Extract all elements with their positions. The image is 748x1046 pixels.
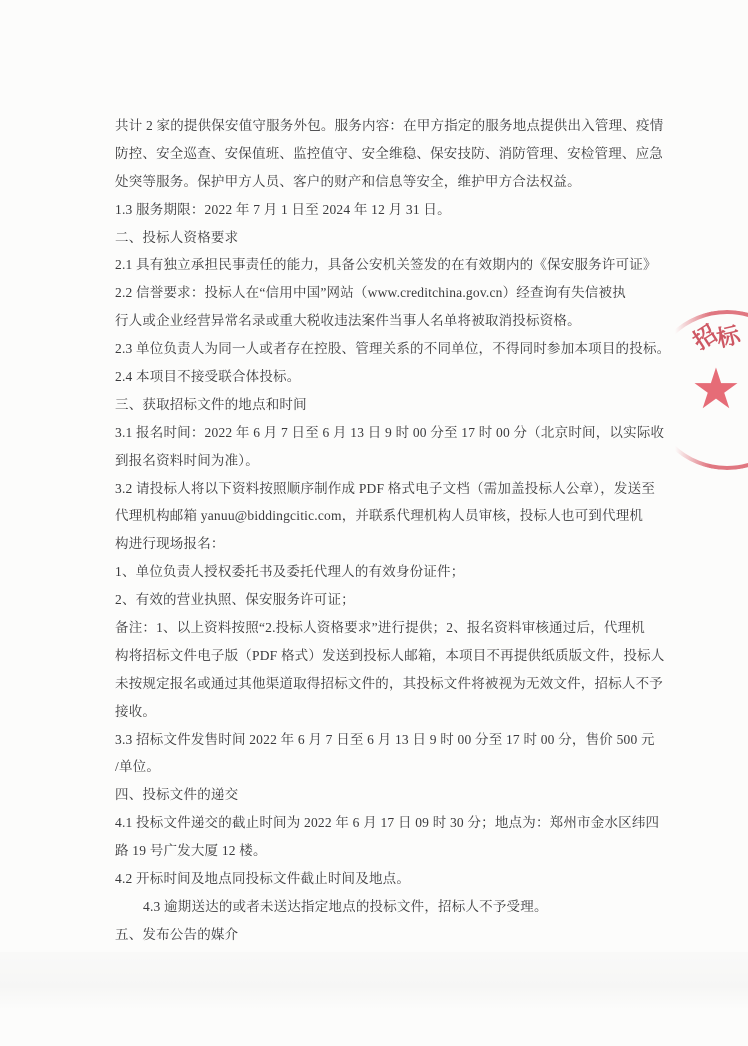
text-line: 防控、安全巡查、安保值班、监控值守、安全维稳、保安技防、消防管理、安检管理、应急 — [115, 140, 655, 168]
text-line: 二、投标人资格要求 — [115, 224, 655, 252]
text-line: 处突等服务。保护甲方人员、客户的财产和信息等安全，维护甲方合法权益。 — [115, 168, 655, 196]
scan-texture-band — [0, 952, 748, 1010]
text-line: 代理机构邮箱 yanuu@biddingcitic.com，并联系代理机构人员审… — [115, 502, 655, 530]
scanned-document-page: 共计 2 家的提供保安值守服务外包。服务内容：在甲方指定的服务地点提供出入管理、… — [0, 0, 748, 1046]
text-line: 行人或企业经营异常名录或重大税收违法案件当事人名单将被取消投标资格。 — [115, 307, 655, 335]
text-line: 2.1 具有独立承担民事责任的能力，具备公安机关签发的在有效期内的《保安服务许可… — [115, 251, 655, 279]
text-line: 3.3 招标文件发售时间 2022 年 6 月 7 日至 6 月 13 日 9 … — [115, 726, 655, 754]
text-line: /单位。 — [115, 753, 655, 781]
text-line: 到报名资料时间为准）。 — [115, 447, 655, 475]
text-line: 2、有效的营业执照、保安服务许可证； — [115, 586, 655, 614]
text-line: 构将招标文件电子版（PDF 格式）发送到投标人邮箱，本项目不再提供纸质版文件，投… — [115, 642, 655, 670]
bid-seal-stamp: 招 标 ★ — [647, 310, 748, 470]
text-line: 2.3 单位负责人为同一人或者存在控股、管理关系的不同单位，不得同时参加本项目的… — [115, 335, 655, 363]
document-body: 共计 2 家的提供保安值守服务外包。服务内容：在甲方指定的服务地点提供出入管理、… — [115, 112, 655, 949]
text-line: 四、投标文件的递交 — [115, 781, 655, 809]
text-line: 路 19 号广发大厦 12 楼。 — [115, 837, 655, 865]
text-line: 4.2 开标时间及地点同投标文件截止时间及地点。 — [115, 865, 655, 893]
text-line: 备注：1、以上资料按照“2.投标人资格要求”进行提供；2、报名资料审核通过后，代… — [115, 614, 655, 642]
text-line: 4.1 投标文件递交的截止时间为 2022 年 6 月 17 日 09 时 30… — [115, 809, 655, 837]
text-line: 构进行现场报名： — [115, 530, 655, 558]
stamp-char-zhao: 招 — [685, 316, 722, 356]
stamp-ring — [647, 310, 748, 470]
text-line: 3.1 报名时间：2022 年 6 月 7 日至 6 月 13 日 9 时 00… — [115, 419, 655, 447]
text-line: 共计 2 家的提供保安值守服务外包。服务内容：在甲方指定的服务地点提供出入管理、… — [115, 112, 655, 140]
text-line: 三、获取招标文件的地点和时间 — [115, 391, 655, 419]
text-line: 1.3 服务期限：2022 年 7 月 1 日至 2024 年 12 月 31 … — [115, 196, 655, 224]
text-line: 五、发布公告的媒介 — [115, 921, 655, 949]
text-line: 2.4 本项目不接受联合体投标。 — [115, 363, 655, 391]
text-line: 1、单位负责人授权委托书及委托代理人的有效身份证件； — [115, 558, 655, 586]
text-line: 4.3 逾期送达的或者未送达指定地点的投标文件，招标人不予受理。 — [115, 893, 655, 921]
text-line: 2.2 信誉要求：投标人在“信用中国”网站（www.creditchina.go… — [115, 279, 655, 307]
star-icon: ★ — [691, 362, 741, 418]
stamp-char-biao: 标 — [713, 316, 743, 353]
text-line: 未按规定报名或通过其他渠道取得招标文件的，其投标文件将被视为无效文件，招标人不予 — [115, 670, 655, 698]
text-line: 3.2 请投标人将以下资料按照顺序制作成 PDF 格式电子文档（需加盖投标人公章… — [115, 475, 655, 503]
text-line: 接收。 — [115, 698, 655, 726]
